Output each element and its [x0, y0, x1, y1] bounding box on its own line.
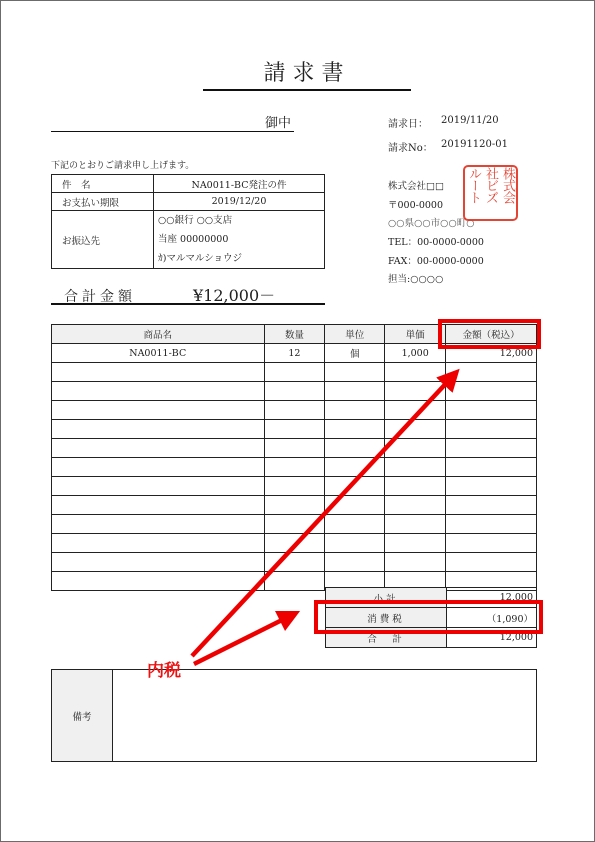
table-cell: [446, 420, 537, 439]
table-cell: [325, 553, 385, 572]
table-row: [52, 477, 537, 496]
table-cell: [52, 382, 265, 401]
col-header-quantity: 数量: [264, 325, 325, 344]
company-postal: 〒000-0000: [388, 197, 443, 211]
table-cell: [52, 572, 265, 591]
table-cell: [446, 439, 537, 458]
table-row: [52, 496, 537, 515]
invoice-date-label: 請求日：: [388, 115, 428, 130]
document-title: 請求書: [203, 56, 411, 87]
table-cell: [446, 553, 537, 572]
table-cell: [264, 382, 325, 401]
highlight-tax-row: [314, 600, 543, 634]
table-cell: [264, 439, 325, 458]
table-cell: [325, 534, 385, 553]
table-cell: [264, 401, 325, 420]
table-cell: [385, 382, 446, 401]
info-table: 件 名 NA0011-BC発注の件 お支払い期限 2019/12/20 お振込先…: [51, 174, 325, 269]
table-cell: [52, 458, 265, 477]
company-fax: FAX：00-0000-0000: [388, 253, 484, 267]
table-cell: [446, 382, 537, 401]
table-cell: [446, 458, 537, 477]
table-cell: [325, 458, 385, 477]
table-cell: [385, 477, 446, 496]
table-row: [52, 420, 537, 439]
table-cell: NA0011-BC: [52, 344, 265, 363]
remarks-table: 備考: [51, 669, 537, 762]
table-cell: [52, 401, 265, 420]
table-cell: [264, 477, 325, 496]
table-cell: [385, 458, 446, 477]
col-header-unit: 単位: [325, 325, 385, 344]
bank-label: お振込先: [52, 211, 154, 269]
table-cell: [52, 477, 265, 496]
table-cell: [385, 496, 446, 515]
table-cell: [385, 363, 446, 382]
table-cell: [264, 572, 325, 591]
remarks-value: [113, 670, 537, 762]
highlight-amount-header: [438, 319, 541, 349]
table-cell: [446, 401, 537, 420]
table-cell: [385, 439, 446, 458]
table-row: [52, 382, 537, 401]
table-cell: [325, 363, 385, 382]
company-contact: 担当:○○○○: [388, 271, 443, 285]
table-cell: [385, 553, 446, 572]
table-cell: [52, 496, 265, 515]
table-row: [52, 439, 537, 458]
table-cell: [446, 534, 537, 553]
table-cell: [52, 553, 265, 572]
col-header-product: 商品名: [52, 325, 265, 344]
table-cell: [325, 382, 385, 401]
table-cell: [264, 496, 325, 515]
table-cell: [52, 515, 265, 534]
addressee: 御中: [51, 112, 291, 131]
bank-line: 当座 00000000: [158, 230, 324, 249]
table-cell: [446, 477, 537, 496]
table-cell: [325, 439, 385, 458]
table-cell: [264, 515, 325, 534]
total-underline: [51, 303, 325, 305]
company-name: 株式会社□□: [388, 178, 444, 192]
table-row: [52, 458, 537, 477]
table-row: [52, 515, 537, 534]
table-cell: [385, 534, 446, 553]
table-row: [52, 401, 537, 420]
bank-details: ○○銀行 ○○支店 当座 00000000 ｶ)マルマルショウジ: [154, 211, 325, 269]
items-table: 商品名 数量 単位 単価 金額（税込） NA0011-BC12個1,00012,…: [51, 324, 537, 591]
invoice-number-label: 請求No：: [388, 139, 433, 154]
table-cell: 12: [264, 344, 325, 363]
table-cell: [385, 515, 446, 534]
table-cell: [52, 534, 265, 553]
remarks-label: 備考: [52, 670, 113, 762]
table-cell: [446, 496, 537, 515]
table-cell: [264, 458, 325, 477]
subject-value: NA0011-BC発注の件: [154, 175, 325, 193]
due-date-label: お支払い期限: [52, 193, 154, 211]
company-address: ○○県○○市○○町○: [388, 215, 475, 229]
company-seal-icon: 株式会 社ビズ ルート: [463, 165, 518, 221]
table-row: [52, 363, 537, 382]
table-cell: [264, 363, 325, 382]
table-cell: [264, 553, 325, 572]
subject-label: 件 名: [52, 175, 154, 193]
table-cell: [264, 420, 325, 439]
table-cell: [446, 515, 537, 534]
table-cell: [52, 420, 265, 439]
invoice-number-value: 20191120-01: [441, 139, 508, 150]
table-cell: [325, 496, 385, 515]
table-cell: [52, 439, 265, 458]
table-cell: [325, 401, 385, 420]
bank-line: ｶ)マルマルショウジ: [158, 249, 324, 268]
title-underline: [203, 89, 411, 91]
table-cell: [325, 420, 385, 439]
due-date-value: 2019/12/20: [154, 193, 325, 211]
table-cell: [385, 401, 446, 420]
table-cell: 個: [325, 344, 385, 363]
col-header-unit-price: 単価: [385, 325, 446, 344]
table-cell: [325, 515, 385, 534]
invoice-date-value: 2019/11/20: [441, 115, 499, 126]
table-cell: [325, 477, 385, 496]
table-cell: [264, 534, 325, 553]
company-tel: TEL：00-0000-0000: [388, 234, 484, 248]
bank-line: ○○銀行 ○○支店: [158, 211, 324, 230]
table-cell: [52, 363, 265, 382]
table-cell: 1,000: [385, 344, 446, 363]
table-row: [52, 534, 537, 553]
table-row: [52, 553, 537, 572]
table-cell: [385, 420, 446, 439]
lead-text: 下記のとおりご請求申し上げます。: [51, 158, 194, 171]
table-cell: [446, 363, 537, 382]
annotation-label: 内税: [147, 656, 181, 681]
addressee-underline: [51, 131, 294, 132]
